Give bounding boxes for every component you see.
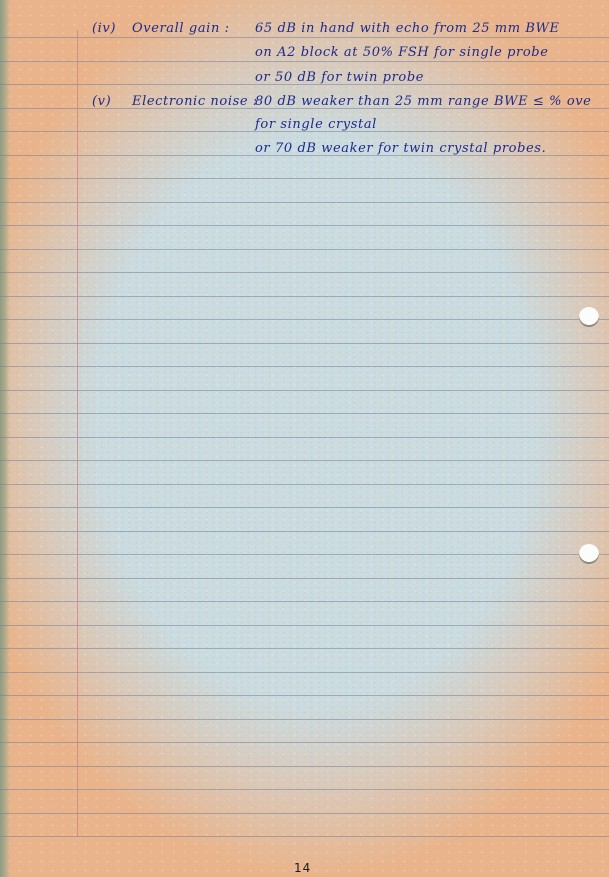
ruled-line <box>0 813 609 814</box>
punch-hole <box>579 544 599 564</box>
ruled-line <box>0 272 609 273</box>
ruled-line <box>0 37 609 38</box>
ruled-line <box>0 625 609 626</box>
margin-line <box>77 30 78 837</box>
ruled-line <box>0 695 609 696</box>
entry-label: Electronic noise : <box>132 94 258 110</box>
ruled-line <box>0 742 609 743</box>
ruled-line <box>0 437 609 438</box>
ruled-line <box>0 554 609 555</box>
ruled-line <box>0 578 609 579</box>
ruled-line <box>0 390 609 391</box>
page-number: 14 <box>294 861 311 875</box>
ruled-line <box>0 484 609 485</box>
entry-line: or 50 dB for twin probe <box>255 70 424 86</box>
entry-number: (v) <box>92 94 111 110</box>
ruled-line <box>0 366 609 367</box>
ruled-line <box>0 766 609 767</box>
ruled-line <box>0 61 609 62</box>
entry-line: 80 dB weaker than 25 mm range BWE ≤ % ov… <box>255 94 591 110</box>
ruled-line <box>0 319 609 320</box>
ruled-line <box>0 789 609 790</box>
ruled-line <box>0 531 609 532</box>
ruled-line <box>0 719 609 720</box>
ruled-line <box>0 225 609 226</box>
entry-line: on A2 block at 50% FSH for single probe <box>255 45 549 61</box>
ruled-line <box>0 507 609 508</box>
ruled-line <box>0 648 609 649</box>
ruled-line <box>0 249 609 250</box>
ruled-line <box>0 202 609 203</box>
entry-line: 65 dB in hand with echo from 25 mm BWE <box>255 21 560 37</box>
ruled-line <box>0 460 609 461</box>
ruled-line <box>0 413 609 414</box>
notebook-page: (iv) Overall gain : 65 dB in hand with e… <box>0 0 609 877</box>
ruled-line <box>0 601 609 602</box>
ruled-line <box>0 296 609 297</box>
entry-line: or 70 dB weaker for twin crystal probes. <box>255 141 546 157</box>
punch-hole <box>579 307 599 327</box>
entry-label: Overall gain : <box>132 21 230 37</box>
ruled-line <box>0 672 609 673</box>
ruled-line <box>0 836 609 837</box>
entry-number: (iv) <box>92 21 116 37</box>
ruled-line <box>0 178 609 179</box>
entry-line: for single crystal <box>255 117 377 133</box>
ruled-line <box>0 343 609 344</box>
